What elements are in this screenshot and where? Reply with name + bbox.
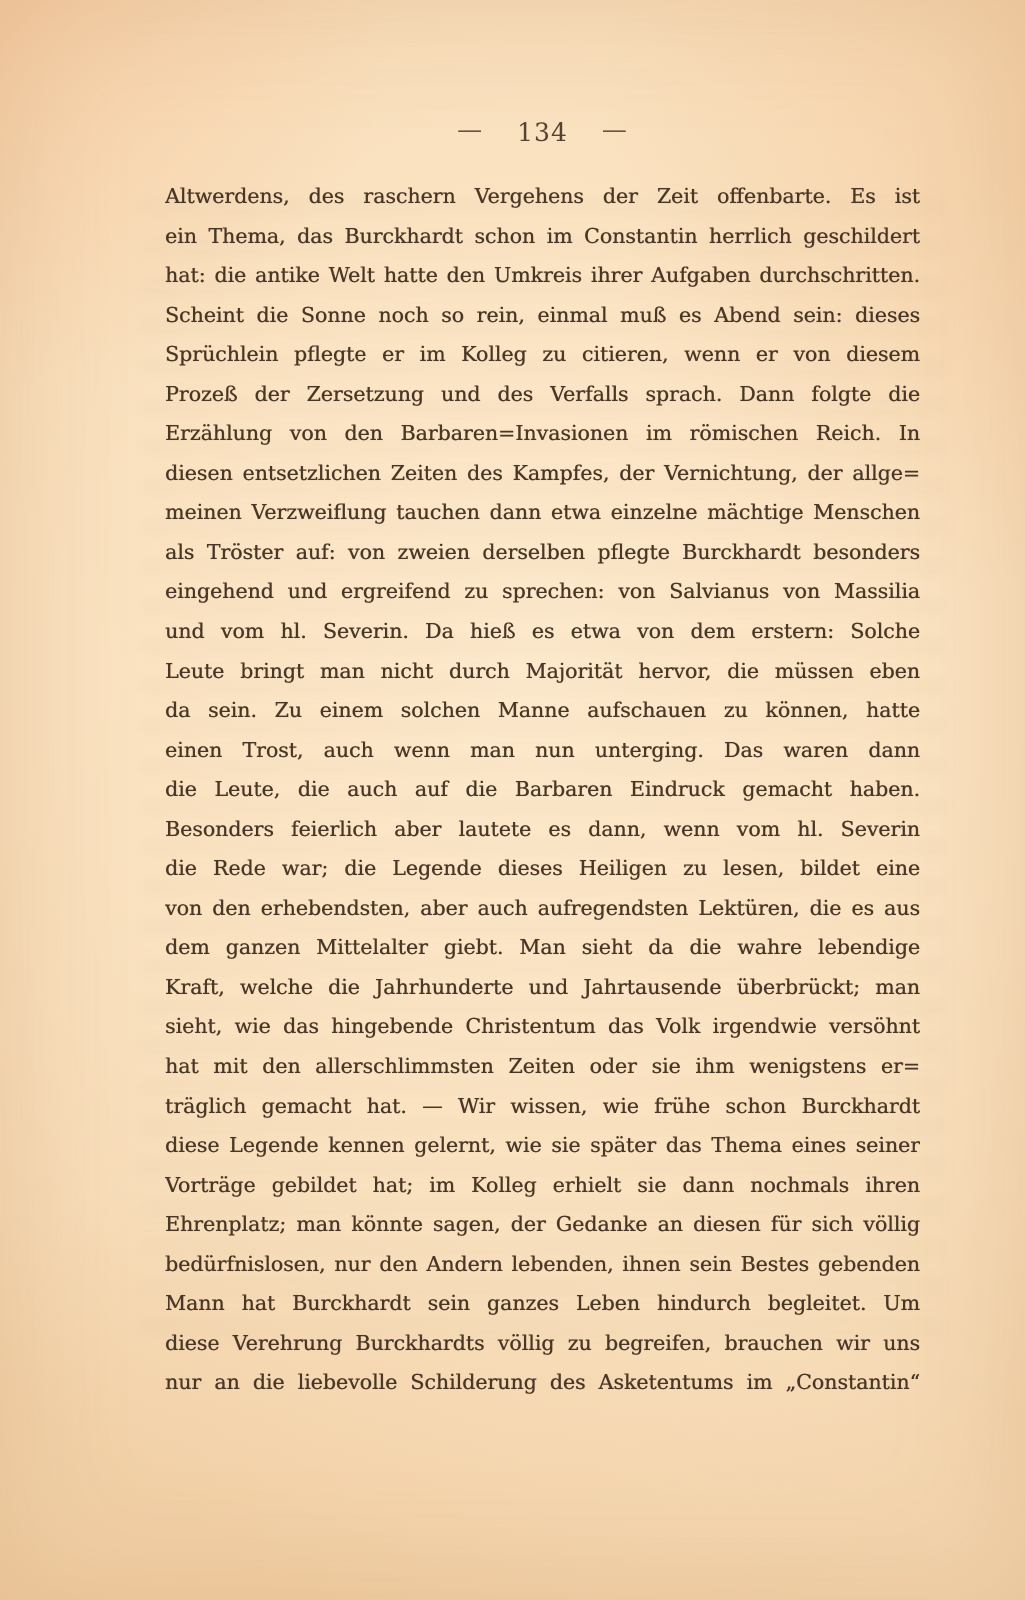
text-line: die Leute, die auch auf die Barbaren Ein… [165,770,920,810]
text-line: dem ganzen Mittelalter giebt. Man sieht … [165,928,920,968]
scanned-book-page: —134— Altwerdens, des raschern Vergehens… [0,0,1025,1600]
text-body: Altwerdens, des raschern Vergehens der Z… [165,177,920,1403]
text-line: Ehrenplatz; man könnte sagen, der Gedank… [165,1205,920,1245]
text-line: bedürfnislosen, nur den Andern lebenden,… [165,1245,920,1285]
text-line: Sprüchlein pflegte er im Kolleg zu citie… [165,335,920,375]
text-line: von den erhebendsten, aber auch aufregen… [165,889,920,929]
text-line: Leute bringt man nicht durch Majorität h… [165,652,920,692]
text-line: und vom hl. Severin. Da hieß es etwa von… [165,612,920,652]
text-line: eingehend und ergreifend zu sprechen: vo… [165,572,920,612]
text-line: ein Thema, das Burckhardt schon im Const… [165,217,920,257]
text-line: Mann hat Burckhardt sein ganzes Leben hi… [165,1284,920,1324]
text-line: diese Legende kennen gelernt, wie sie sp… [165,1126,920,1166]
text-line: Scheint die Sonne noch so rein, einmal m… [165,296,920,336]
text-line: meinen Verzweiflung tauchen dann etwa ei… [165,493,920,533]
text-line: da sein. Zu einem solchen Manne aufschau… [165,691,920,731]
text-line: Besonders feierlich aber lautete es dann… [165,810,920,850]
text-line: nur an die liebevolle Schilderung des As… [165,1363,920,1403]
text-line: diesen entsetzlichen Zeiten des Kampfes,… [165,454,920,494]
text-line: hat: die antike Welt hatte den Umkreis i… [165,256,920,296]
text-line: Vorträge gebildet hat; im Kolleg erhielt… [165,1166,920,1206]
text-line: Prozeß der Zersetzung und des Verfalls s… [165,375,920,415]
text-line: einen Trost, auch wenn man nun unterging… [165,731,920,771]
text-line: als Tröster auf: von zweien derselben pf… [165,533,920,573]
text-line: Erzählung von den Barbaren=Invasionen im… [165,414,920,454]
text-line: Altwerdens, des raschern Vergehens der Z… [165,177,920,217]
running-head: —134— [165,118,920,147]
header-dash-right: — [602,115,628,144]
page-number: 134 [517,118,568,147]
header-dash-left: — [457,115,483,144]
text-line: die Rede war; die Legende dieses Heilige… [165,849,920,889]
text-line: träglich gemacht hat. — Wir wissen, wie … [165,1087,920,1127]
text-line: Kraft, welche die Jahrhunderte und Jahrt… [165,968,920,1008]
text-line: hat mit den allerschlimmsten Zeiten oder… [165,1047,920,1087]
text-line: sieht, wie das hingebende Christentum da… [165,1007,920,1047]
text-line: diese Verehrung Burckhardts völlig zu be… [165,1324,920,1364]
